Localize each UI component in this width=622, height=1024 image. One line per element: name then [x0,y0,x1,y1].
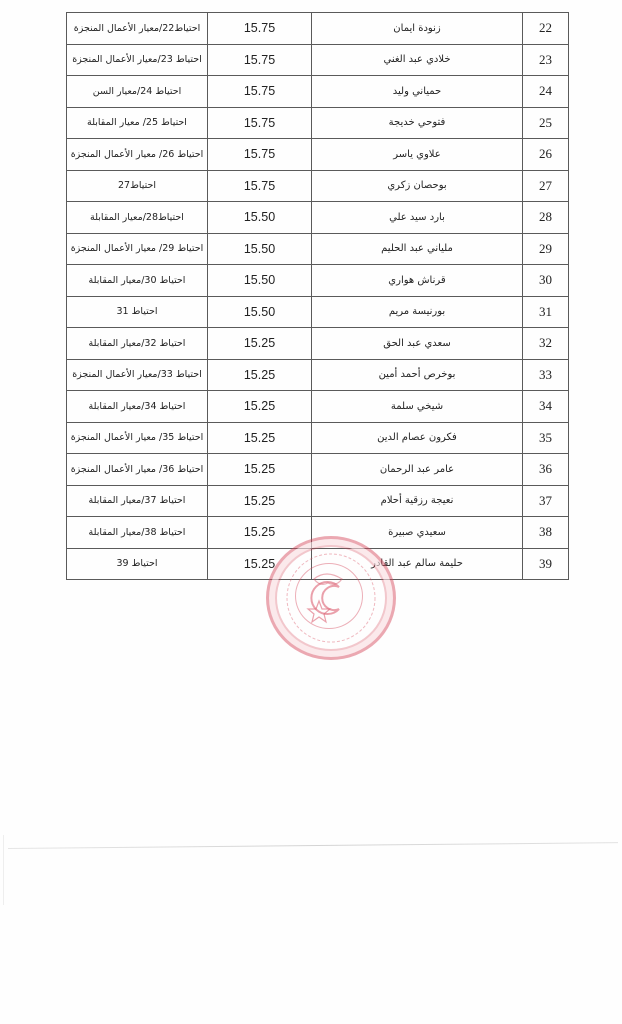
score: 15.75 [208,13,312,45]
score: 15.75 [208,170,312,202]
table-row: 27بوحصان زكري15.75احتياط27 [67,170,569,202]
candidate-name: ملياني عبد الحليم [312,233,523,265]
scanned-document-page: 22زنودة ايمان15.75احتياط22/معيار الأعمال… [0,0,622,1024]
candidate-name: بارد سيد علي [312,202,523,234]
table-row: 30قرناش هواري15.50احتياط 30/معيار المقاب… [67,265,569,297]
row-number: 22 [523,13,569,45]
score: 15.75 [208,139,312,171]
score: 15.25 [208,328,312,360]
table-row: 31بورنيسة مريم15.50احتياط 31 [67,296,569,328]
score: 15.25 [208,359,312,391]
candidate-name: شيخي سلمة [312,391,523,423]
table-row: 23خلادي عبد الغني15.75احتياط 23/معيار ال… [67,44,569,76]
table-row: 22زنودة ايمان15.75احتياط22/معيار الأعمال… [67,13,569,45]
score: 15.25 [208,454,312,486]
candidate-name: علاوي ياسر [312,139,523,171]
candidate-name: بوحصان زكري [312,170,523,202]
row-number: 28 [523,202,569,234]
score: 15.50 [208,296,312,328]
row-number: 34 [523,391,569,423]
table-row: 32سعدي عبد الحق15.25احتياط 32/معيار المق… [67,328,569,360]
row-number: 31 [523,296,569,328]
remark: احتياط 30/معيار المقابلة [67,265,208,297]
table-row: 35فكرون عصام الدين15.25احتياط 35/ معيار … [67,422,569,454]
row-number: 35 [523,422,569,454]
row-number: 27 [523,170,569,202]
score: 15.75 [208,44,312,76]
row-number: 39 [523,548,569,580]
remark: احتياط 24/معيار السن [67,76,208,108]
row-number: 30 [523,265,569,297]
remark: احتياط 34/معيار المقابلة [67,391,208,423]
remark: احتياط22/معيار الأعمال المنجزة [67,13,208,45]
results-table: 22زنودة ايمان15.75احتياط22/معيار الأعمال… [66,12,569,580]
score: 15.25 [208,485,312,517]
remark: احتياط 35/ معيار الأعمال المنجزة [67,422,208,454]
table-row: 28بارد سيد علي15.50احتياط28/معيار المقاب… [67,202,569,234]
official-seal-stamp [266,536,396,660]
row-number: 23 [523,44,569,76]
candidate-name: خلادي عبد الغني [312,44,523,76]
candidate-name: بورنيسة مريم [312,296,523,328]
table-row: 37نعيجة رزقية أحلام15.25احتياط 37/معيار … [67,485,569,517]
remark: احتياط 37/معيار المقابلة [67,485,208,517]
score: 15.50 [208,265,312,297]
score: 15.50 [208,233,312,265]
candidate-name: حمياني وليد [312,76,523,108]
score: 15.25 [208,391,312,423]
table-row: 26علاوي ياسر15.75احتياط 26/ معيار الأعما… [67,139,569,171]
row-number: 26 [523,139,569,171]
row-number: 32 [523,328,569,360]
row-number: 24 [523,76,569,108]
remark: احتياط 25/ معيار المقابلة [67,107,208,139]
candidate-name: بوخرص أحمد أمين [312,359,523,391]
score: 15.75 [208,76,312,108]
remark: احتياط 31 [67,296,208,328]
row-number: 36 [523,454,569,486]
candidate-name: فكرون عصام الدين [312,422,523,454]
row-number: 29 [523,233,569,265]
table-row: 36عامر عبد الرحمان15.25احتياط 36/ معيار … [67,454,569,486]
remark: احتياط 32/معيار المقابلة [67,328,208,360]
table-row: 29ملياني عبد الحليم15.50احتياط 29/ معيار… [67,233,569,265]
row-number: 37 [523,485,569,517]
row-number: 33 [523,359,569,391]
candidate-name: سعدي عبد الحق [312,328,523,360]
remark: احتياط 38/معيار المقابلة [67,517,208,549]
remark: احتياط27 [67,170,208,202]
remark: احتياط28/معيار المقابلة [67,202,208,234]
remark: احتياط 33/معيار الأعمال المنجزة [67,359,208,391]
remark: احتياط 36/ معيار الأعمال المنجزة [67,454,208,486]
score: 15.25 [208,422,312,454]
table-row: 25فتوحي خديجة15.75احتياط 25/ معيار المقا… [67,107,569,139]
scan-edge-mark [3,835,4,905]
seal-inner-ring [295,563,363,629]
row-number: 25 [523,107,569,139]
candidate-name: فتوحي خديجة [312,107,523,139]
row-number: 38 [523,517,569,549]
candidate-name: عامر عبد الرحمان [312,454,523,486]
remark: احتياط 23/معيار الأعمال المنجزة [67,44,208,76]
candidate-name: نعيجة رزقية أحلام [312,485,523,517]
score: 15.50 [208,202,312,234]
remark: احتياط 29/ معيار الأعمال المنجزة [67,233,208,265]
remark: احتياط 39 [67,548,208,580]
table-row: 34شيخي سلمة15.25احتياط 34/معيار المقابلة [67,391,569,423]
table-row: 24حمياني وليد15.75احتياط 24/معيار السن [67,76,569,108]
candidate-name: قرناش هواري [312,265,523,297]
remark: احتياط 26/ معيار الأعمال المنجزة [67,139,208,171]
table-row: 33بوخرص أحمد أمين15.25احتياط 33/معيار ال… [67,359,569,391]
score: 15.75 [208,107,312,139]
candidate-name: زنودة ايمان [312,13,523,45]
scan-fold-line [8,842,618,849]
